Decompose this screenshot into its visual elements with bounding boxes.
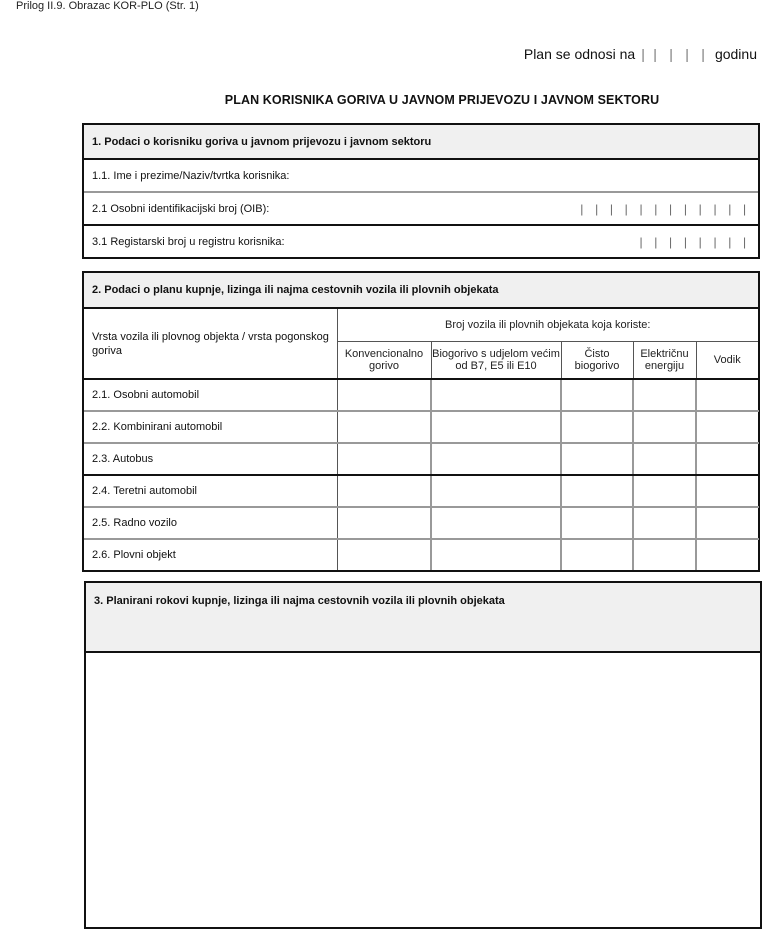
table-cell-input[interactable] <box>431 379 561 411</box>
annex-label: Prilog II.9. Obrazac KOR-PLO (Str. 1) <box>16 0 199 12</box>
table-cell-input[interactable] <box>696 411 758 443</box>
table-cell-input[interactable] <box>696 379 758 411</box>
table-cell-input[interactable] <box>633 379 696 411</box>
field-label: 2.1 Osobni identifikacijski broj (OIB): <box>92 203 269 215</box>
col-header-electric: Električnu energiju <box>633 342 696 380</box>
table-cell-input[interactable] <box>633 539 696 570</box>
field-label: 1.1. Ime i prezime/Naziv/tvrtka korisnik… <box>92 170 289 182</box>
planned-deadlines-textarea[interactable] <box>86 653 760 925</box>
row-label: 2.5. Radno vozilo <box>84 507 337 539</box>
table-cell-input[interactable] <box>696 507 758 539</box>
row-label: 2.6. Plovni objekt <box>84 539 337 570</box>
section-planned-deadlines: 3. Planirani rokovi kupnje, lizinga ili … <box>84 581 762 929</box>
row-label: 2.2. Kombinirani automobil <box>84 411 337 443</box>
table-cell-input[interactable] <box>337 475 431 507</box>
row-label: 2.4. Teretni automobil <box>84 475 337 507</box>
plan-year-suffix: godinu <box>715 46 757 62</box>
section-3-heading: 3. Planirani rokovi kupnje, lizinga ili … <box>86 583 760 653</box>
form-title: PLAN KORISNIKA GORIVA U JAVNOM PRIJEVOZU… <box>0 93 770 107</box>
field-registry-number[interactable]: 3.1 Registarski broj u registru korisnik… <box>84 224 758 257</box>
table-row: 2.6. Plovni objekt <box>84 539 758 570</box>
plan-year-line: Plan se odnosi na ||||| godinu <box>524 46 757 62</box>
table-cell-input[interactable] <box>337 411 431 443</box>
table-cell-input[interactable] <box>337 379 431 411</box>
table-cell-input[interactable] <box>633 443 696 475</box>
section-user-data: 1. Podaci o korisniku goriva u javnom pr… <box>82 123 760 259</box>
vehicle-plan-table: Vrsta vozila ili plovnog objekta / vrsta… <box>84 309 759 570</box>
table-row: 2.4. Teretni automobil <box>84 475 758 507</box>
table-cell-input[interactable] <box>633 411 696 443</box>
table-cell-input[interactable] <box>633 475 696 507</box>
table-cell-input[interactable] <box>561 411 633 443</box>
table-row: 2.5. Radno vozilo <box>84 507 758 539</box>
section-2-heading: 2. Podaci o planu kupnje, lizinga ili na… <box>84 273 758 309</box>
field-oib[interactable]: 2.1 Osobni identifikacijski broj (OIB): … <box>84 191 758 224</box>
table-cell-input[interactable] <box>633 507 696 539</box>
section-vehicle-plan: 2. Podaci o planu kupnje, lizinga ili na… <box>82 271 760 572</box>
plan-year-prefix: Plan se odnosi na <box>524 46 635 62</box>
table-row: 2.3. Autobus <box>84 443 758 475</box>
table-cell-input[interactable] <box>337 443 431 475</box>
col-header-pure-biofuel: Čisto biogorivo <box>561 342 633 380</box>
table-cell-input[interactable] <box>431 507 561 539</box>
col-header-biofuel-blend: Biogorivo s udjelom većim od B7, E5 ili … <box>431 342 561 380</box>
table-cell-input[interactable] <box>696 443 758 475</box>
field-label: 3.1 Registarski broj u registru korisnik… <box>92 236 285 248</box>
table-cell-input[interactable] <box>431 539 561 570</box>
table-cell-input[interactable] <box>337 507 431 539</box>
table-cell-input[interactable] <box>696 539 758 570</box>
table-row: 2.1. Osobni automobil <box>84 379 758 411</box>
registry-digit-boxes[interactable]: |||||||| <box>634 235 752 249</box>
table-cell-input[interactable] <box>561 443 633 475</box>
row-label: 2.3. Autobus <box>84 443 337 475</box>
table-cell-input[interactable] <box>696 475 758 507</box>
col-header-conventional: Konvencionalno gorivo <box>337 342 431 380</box>
table-cell-input[interactable] <box>431 411 561 443</box>
group-header: Broj vozila ili plovnih objekata koja ko… <box>337 309 758 342</box>
row-header: Vrsta vozila ili plovnog objekta / vrsta… <box>84 309 337 379</box>
table-cell-input[interactable] <box>431 443 561 475</box>
table-cell-input[interactable] <box>561 539 633 570</box>
table-cell-input[interactable] <box>561 475 633 507</box>
field-user-name[interactable]: 1.1. Ime i prezime/Naziv/tvrtka korisnik… <box>84 160 758 191</box>
plan-year-input[interactable]: ||||| <box>639 46 711 62</box>
row-label: 2.1. Osobni automobil <box>84 379 337 411</box>
section-1-heading: 1. Podaci o korisniku goriva u javnom pr… <box>84 125 758 160</box>
table-cell-input[interactable] <box>561 379 633 411</box>
table-cell-input[interactable] <box>561 507 633 539</box>
table-row: 2.2. Kombinirani automobil <box>84 411 758 443</box>
table-cell-input[interactable] <box>337 539 431 570</box>
table-cell-input[interactable] <box>431 475 561 507</box>
oib-digit-boxes[interactable]: |||||||||||| <box>574 202 752 216</box>
col-header-hydrogen: Vodik <box>696 342 758 380</box>
